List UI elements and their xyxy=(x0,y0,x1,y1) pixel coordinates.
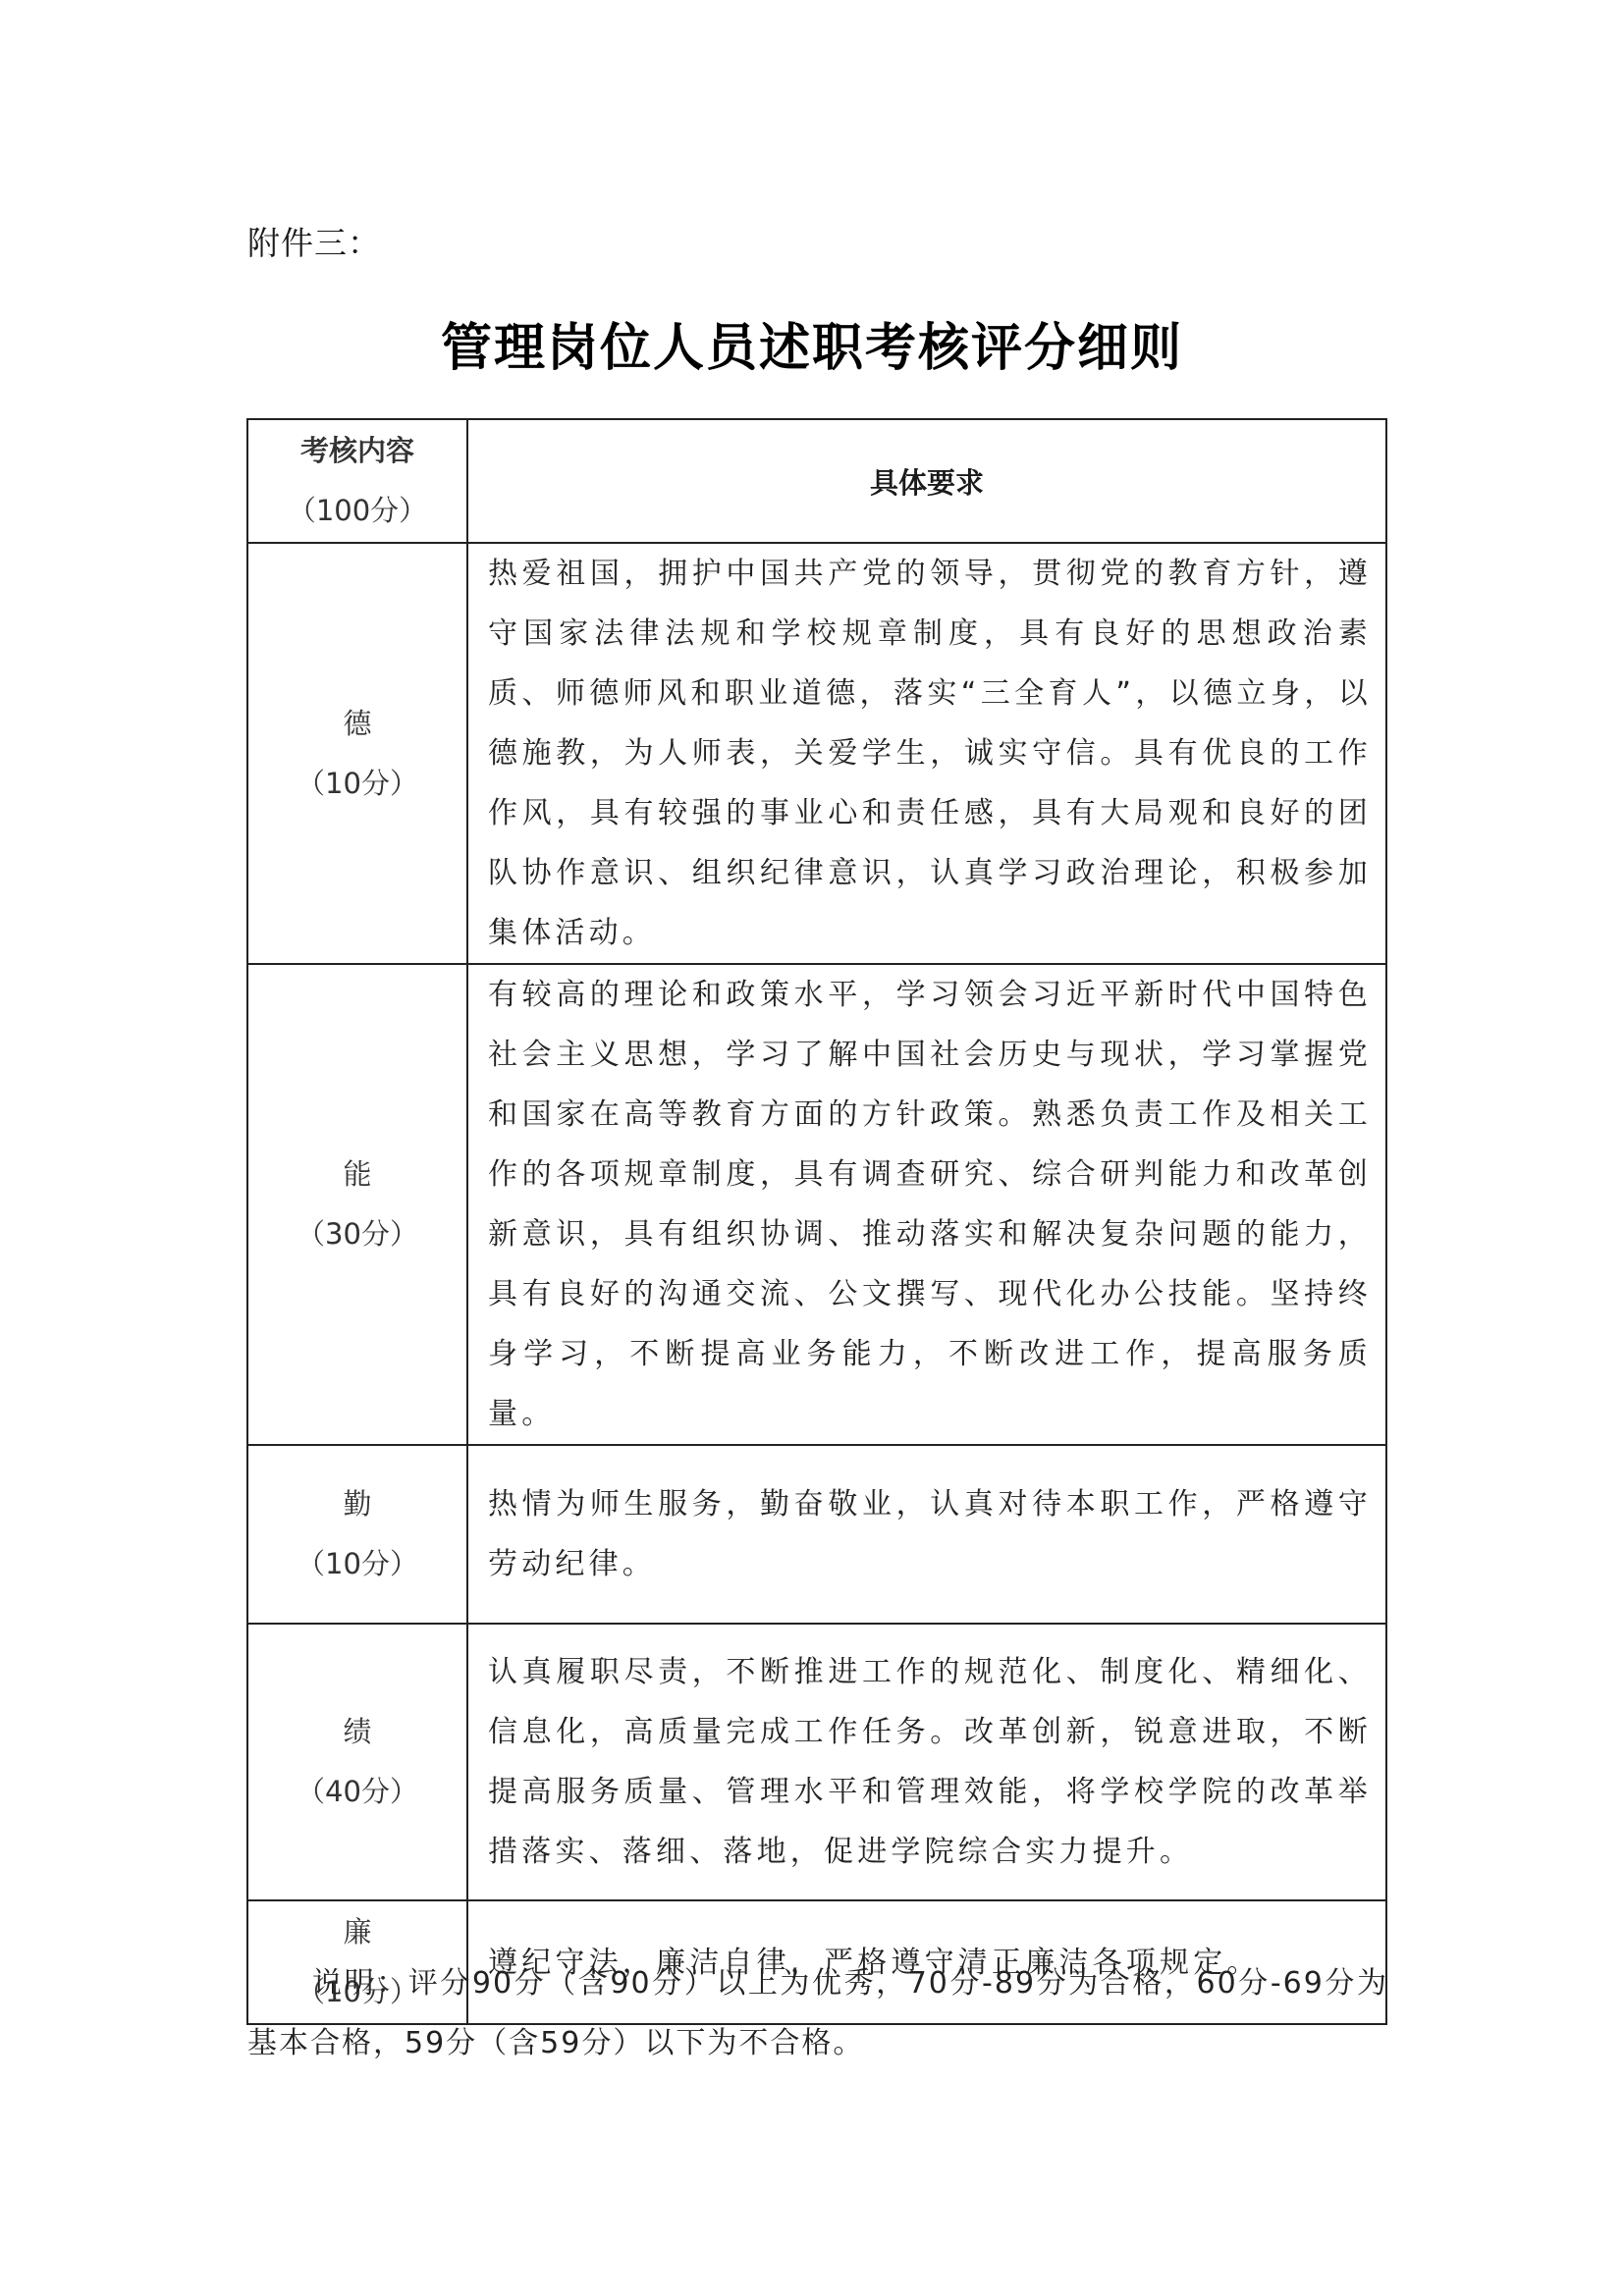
document-title: 管理岗位人员述职考核评分细则 xyxy=(0,306,1624,380)
category-score: （10分） xyxy=(249,1534,465,1594)
row-requirement: 热爱祖国，拥护中国共产党的领导，贯彻党的教育方针，遵守国家法律法规和学校规章制度… xyxy=(467,543,1386,964)
table-row: 绩 （40分） 认真履职尽责，不断推进工作的规范化、制度化、精细化、信息化，高质… xyxy=(247,1624,1386,1900)
category-item: 勤 xyxy=(249,1474,465,1534)
row-category: 能 （30分） xyxy=(247,964,467,1445)
row-requirement: 认真履职尽责，不断推进工作的规范化、制度化、精细化、信息化，高质量完成工作任务。… xyxy=(467,1624,1386,1900)
category-item: 能 xyxy=(249,1145,465,1204)
scoring-note: 说明：评分90分（含90分）以上为优秀，70分-89分为合格，60分-69分为基… xyxy=(247,1953,1388,2073)
table-row: 德 （10分） 热爱祖国，拥护中国共产党的领导，贯彻党的教育方针，遵守国家法律法… xyxy=(247,543,1386,964)
category-item: 绩 xyxy=(249,1702,465,1762)
category-score: （30分） xyxy=(249,1204,465,1264)
category-score: （40分） xyxy=(249,1762,465,1822)
header-requirements: 具体要求 xyxy=(467,419,1386,543)
scoring-table: 考核内容 （100分） 具体要求 德 （10分） 热爱祖国，拥护中国共产党的领导… xyxy=(246,418,1387,2025)
row-category: 德 （10分） xyxy=(247,543,467,964)
table-row: 勤 （10分） 热情为师生服务，勤奋敬业，认真对待本职工作，严格遵守劳动纪律。 xyxy=(247,1445,1386,1624)
table-header-row: 考核内容 （100分） 具体要求 xyxy=(247,419,1386,543)
header-assessment-content: 考核内容 （100分） xyxy=(247,419,467,543)
category-score: （10分） xyxy=(249,754,465,814)
row-category: 勤 （10分） xyxy=(247,1445,467,1624)
row-requirement: 热情为师生服务，勤奋敬业，认真对待本职工作，严格遵守劳动纪律。 xyxy=(467,1445,1386,1624)
row-requirement: 有较高的理论和政策水平，学习领会习近平新时代中国特色社会主义思想，学习了解中国社… xyxy=(467,964,1386,1445)
attachment-label: 附件三： xyxy=(247,218,381,264)
table-row: 能 （30分） 有较高的理论和政策水平，学习领会习近平新时代中国特色社会主义思想… xyxy=(247,964,1386,1445)
header-col1-total: （100分） xyxy=(288,494,427,527)
header-col1-title: 考核内容 xyxy=(249,421,465,481)
category-item: 德 xyxy=(249,694,465,754)
row-category: 绩 （40分） xyxy=(247,1624,467,1900)
